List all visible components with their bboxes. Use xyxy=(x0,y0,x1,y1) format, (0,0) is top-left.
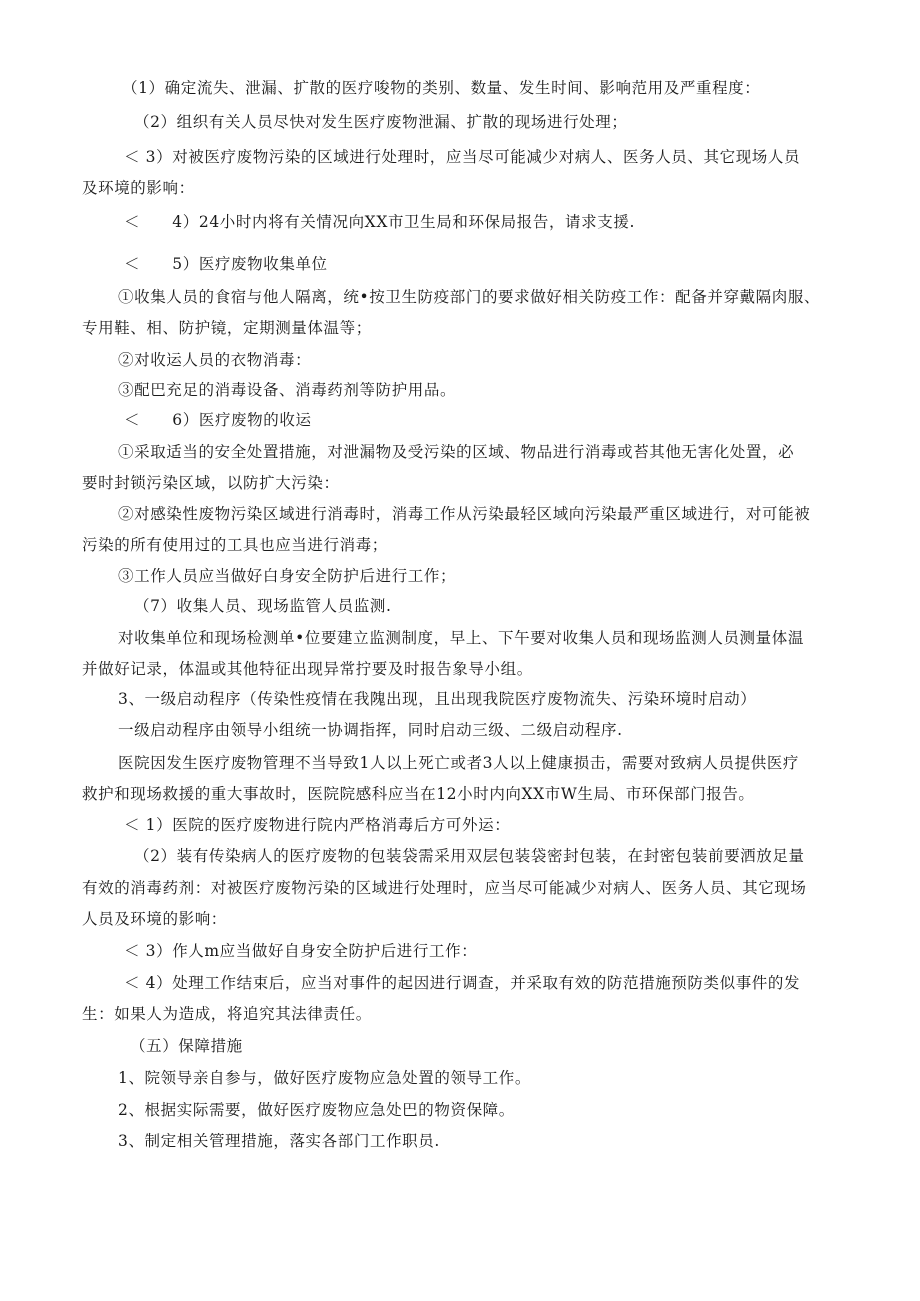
item-5-heading: ＜ 5）医疗废物收集单位 xyxy=(82,254,884,274)
item-6-point-2-continued: 污染的所有使用过的工具也应当进行消毒； xyxy=(82,535,842,555)
safeguard-item-1: 1、院领导亲自参与，做好医疗废物应急处置的领导工作。 xyxy=(82,1068,878,1088)
level-1-item-4-continued: 生：如果人为造成，将追究其法律责任。 xyxy=(82,1004,842,1024)
item-6-point-3: ③工作人员应当做好白身安全防护后进行工作； xyxy=(82,566,878,586)
safeguard-item-2: 2、根据实际需要，做好医疗废物应急处巴的物资保障。 xyxy=(82,1100,878,1120)
item-7-heading: （7）收集人员、现场监管人员监测. xyxy=(82,596,894,616)
safeguard-item-3: 3、制定相关管理措施，落实各部门工作职员. xyxy=(82,1131,878,1151)
item-7-body-continued: 并做好记录，体温或其他特征出现异常拧要及时报告象导小组。 xyxy=(82,659,842,679)
level-1-item-2-continued-b: 人员及环境的影响： xyxy=(82,909,842,929)
section-5-heading: （五）保障措施 xyxy=(82,1036,890,1056)
item-6-point-1-continued: 要时封锁污染区域，以防扩大污染： xyxy=(82,473,842,493)
level-1-item-3: ＜ 3）作人m应当做好自身安全防护后进行工作： xyxy=(82,941,884,961)
level-1-item-2-continued-a: 有效的消毒药剂：对被医疗废物污染的区域进行处理时，应当尽可能减少对病人、医务人员… xyxy=(82,878,842,898)
level-1-item-2: （2）装有传染病人的医疗废物的包装袋需采用双层包装袋密封包装，在封密包装前要洒放… xyxy=(82,846,894,866)
major-accident-continued: 救护和现场救援的重大事故时，医院院感科应当在12小时内向XX市W生局、市环保部门… xyxy=(82,784,842,804)
item-1-determine-loss: （1）确定流失、泄漏、扩散的医疗唆物的类别、数量、发生时间、影响范用及严重程度： xyxy=(82,78,882,98)
item-3-handle-polluted-area: ＜ 3）对被医疗废物污染的区域进行处理时，应当尽可能减少对病人、医务人员、其它现… xyxy=(82,147,884,167)
level-1-procedure-heading: 3、一级启动程序（传染性疫情在我隗出现，且出现我院医疗废物流失、污染环境时启动） xyxy=(82,689,878,709)
item-3-continued: 及环境的影响： xyxy=(82,178,842,198)
item-5-point-2: ②对收运人员的衣物消毒： xyxy=(82,350,878,370)
item-6-point-1: ①采取适当的安全处置措施，对泄漏物及受污染的区域、物品进行消毒或苔其他无害化处置… xyxy=(82,442,878,462)
major-accident-paragraph: 医院因发生医疗废物管理不当导致1人以上死亡或者3人以上健康损击，需要对致病人员提… xyxy=(82,753,878,773)
level-1-procedure-body: 一级启动程序由领导小组统一协调指挥，同时启动三级、二级启动程序. xyxy=(82,720,878,740)
document-page: （1）确定流失、泄漏、扩散的医疗唆物的类别、数量、发生时间、影响范用及严重程度：… xyxy=(0,0,920,1301)
item-6-heading: ＜ 6）医疗废物的收运 xyxy=(82,410,884,430)
item-4-report-24h: ＜ 4）24小时内将有关情况向XX市卫生局和环保局报告，请求支援. xyxy=(82,212,884,232)
item-6-point-2: ②对感染性废物污染区域进行消毒时，消毒工作从污染最轻区域向污染最严重区域进行，对… xyxy=(82,504,878,524)
level-1-item-4: ＜ 4）处理工作结束后，应当对事件的起因进行调查，并采取有效的防范措施预防类似事… xyxy=(82,973,884,993)
item-7-body: 对收集单位和现场检测单•位要建立监测制度，早上、下午要对收集人员和现场监测人员测… xyxy=(82,628,878,648)
level-1-item-1: ＜ 1）医院的医疗废物进行院内严格消毒后方可外运： xyxy=(82,815,884,835)
item-5-point-3: ③配巴充足的消毒设备、消毒药剂等防护用品。 xyxy=(82,380,878,400)
item-5-point-1-continued: 专用鞋、相、防护镜，定期测量体温等； xyxy=(82,318,842,338)
item-5-point-1: ①收集人员的食宿与他人隔离，统•按卫生防疫部门的要求做好相关防疫工作：配备并穿戴… xyxy=(82,287,878,307)
item-2-organize-personnel: （2）组织有关人员尽快对发生医疗废物泄漏、扩散的现场进行处理； xyxy=(82,112,894,132)
